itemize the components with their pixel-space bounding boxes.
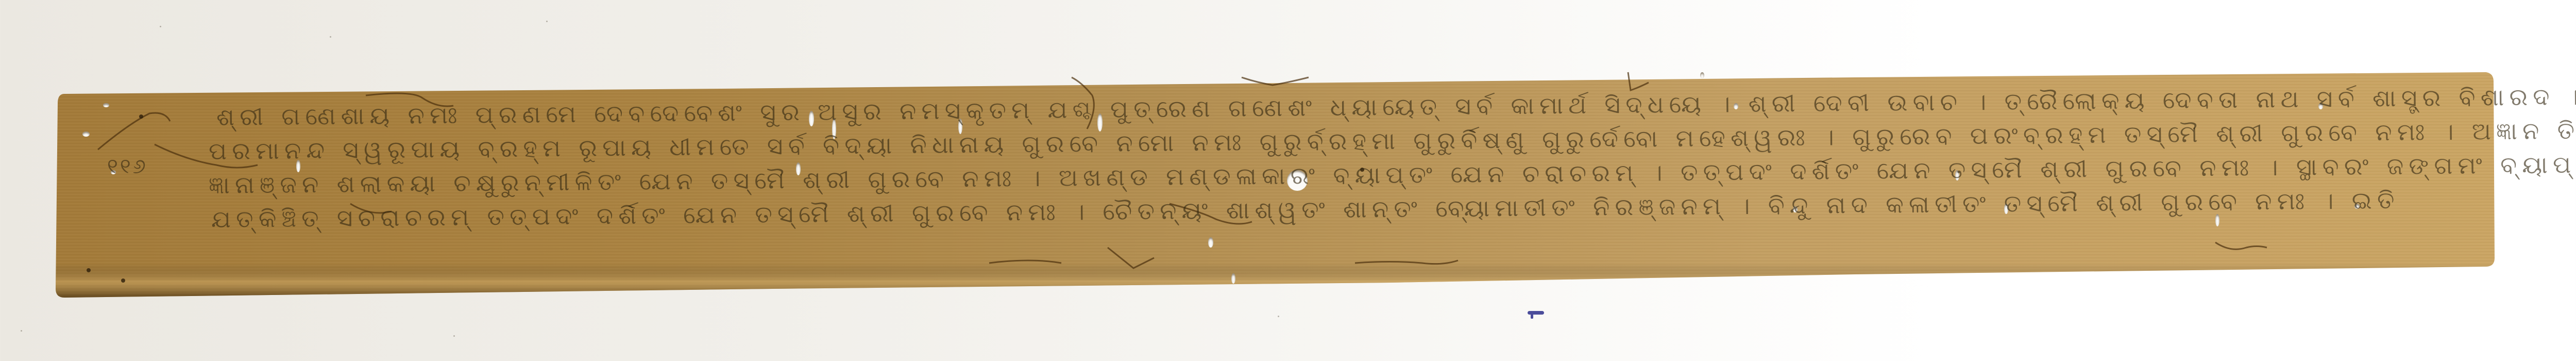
worm-hole xyxy=(2004,204,2008,214)
worm-hole xyxy=(1793,206,1798,212)
worm-hole xyxy=(796,162,801,175)
worm-hole xyxy=(111,170,116,174)
worm-hole xyxy=(1734,103,1738,109)
worm-hole xyxy=(832,119,836,139)
ink-spot xyxy=(121,278,125,283)
speck xyxy=(21,330,22,332)
ink-spot xyxy=(87,268,91,272)
worm-hole xyxy=(103,103,109,107)
ink-spot xyxy=(139,114,143,119)
blue-ink-mark xyxy=(1528,311,1544,315)
binding-hole xyxy=(1287,170,1308,191)
worm-hole xyxy=(809,111,814,126)
worm-hole xyxy=(1097,113,1103,132)
worm-hole xyxy=(2318,103,2323,109)
worm-hole xyxy=(2215,214,2219,226)
palm-leaf xyxy=(0,0,2576,361)
worm-hole xyxy=(2354,204,2360,209)
speck xyxy=(1278,316,1279,317)
worm-hole xyxy=(1208,237,1213,248)
worm-hole xyxy=(296,160,300,172)
worm-hole xyxy=(1955,170,1959,180)
speck xyxy=(546,21,548,22)
worm-hole xyxy=(82,132,90,137)
ink-spot xyxy=(1360,168,1364,172)
speck xyxy=(330,36,331,38)
speck xyxy=(453,335,455,337)
worm-hole xyxy=(958,119,962,134)
worm-hole xyxy=(1700,72,1704,78)
speck xyxy=(160,26,161,27)
worm-hole xyxy=(1231,273,1235,284)
